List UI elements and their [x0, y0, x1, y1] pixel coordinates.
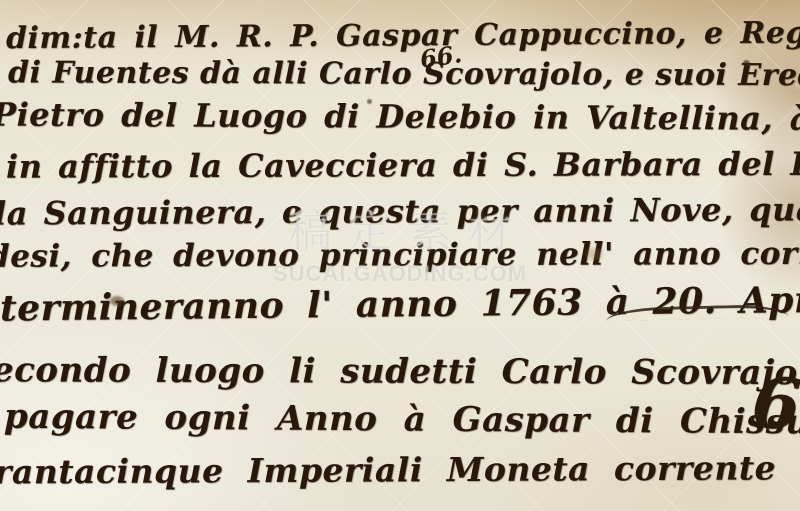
marginal-number: 6 [749, 360, 800, 446]
handwriting-line: pagare ogni Anno à Gaspar di Chissurvizi… [4, 397, 800, 444]
ink-dot [743, 60, 750, 67]
handwriting-line: di Fuentes dà alli Carlo Scovrajolo, e s… [8, 55, 800, 93]
handwriting-line: in affitto la Cavecciera di S. Barbara d… [6, 144, 800, 185]
ink-dot [367, 99, 372, 104]
handwriting-line: dim:ta il M. R. P. Gaspar Cappuccino, e … [6, 15, 800, 56]
handwriting-line: la Sanguinera, e questa per anni Nove, q… [0, 189, 800, 232]
ink-smudge [110, 296, 124, 306]
handwriting-line: rantacinque Imperiali Moneta corrente di… [0, 448, 800, 492]
handwriting-line: Pietro del Luogo di Delebio in Valtellin… [0, 95, 800, 138]
manuscript-page: dim:ta il M. R. P. Gaspar Cappuccino, e … [0, 0, 800, 511]
handwriting-line: econdo luogo li sudetti Carlo Scovrajolo… [0, 350, 800, 394]
interline-mark: 66. [418, 39, 463, 74]
paper-stain-spot [586, 248, 602, 260]
handwriting-line: desi, che devono principiare nell' anno … [0, 235, 800, 274]
